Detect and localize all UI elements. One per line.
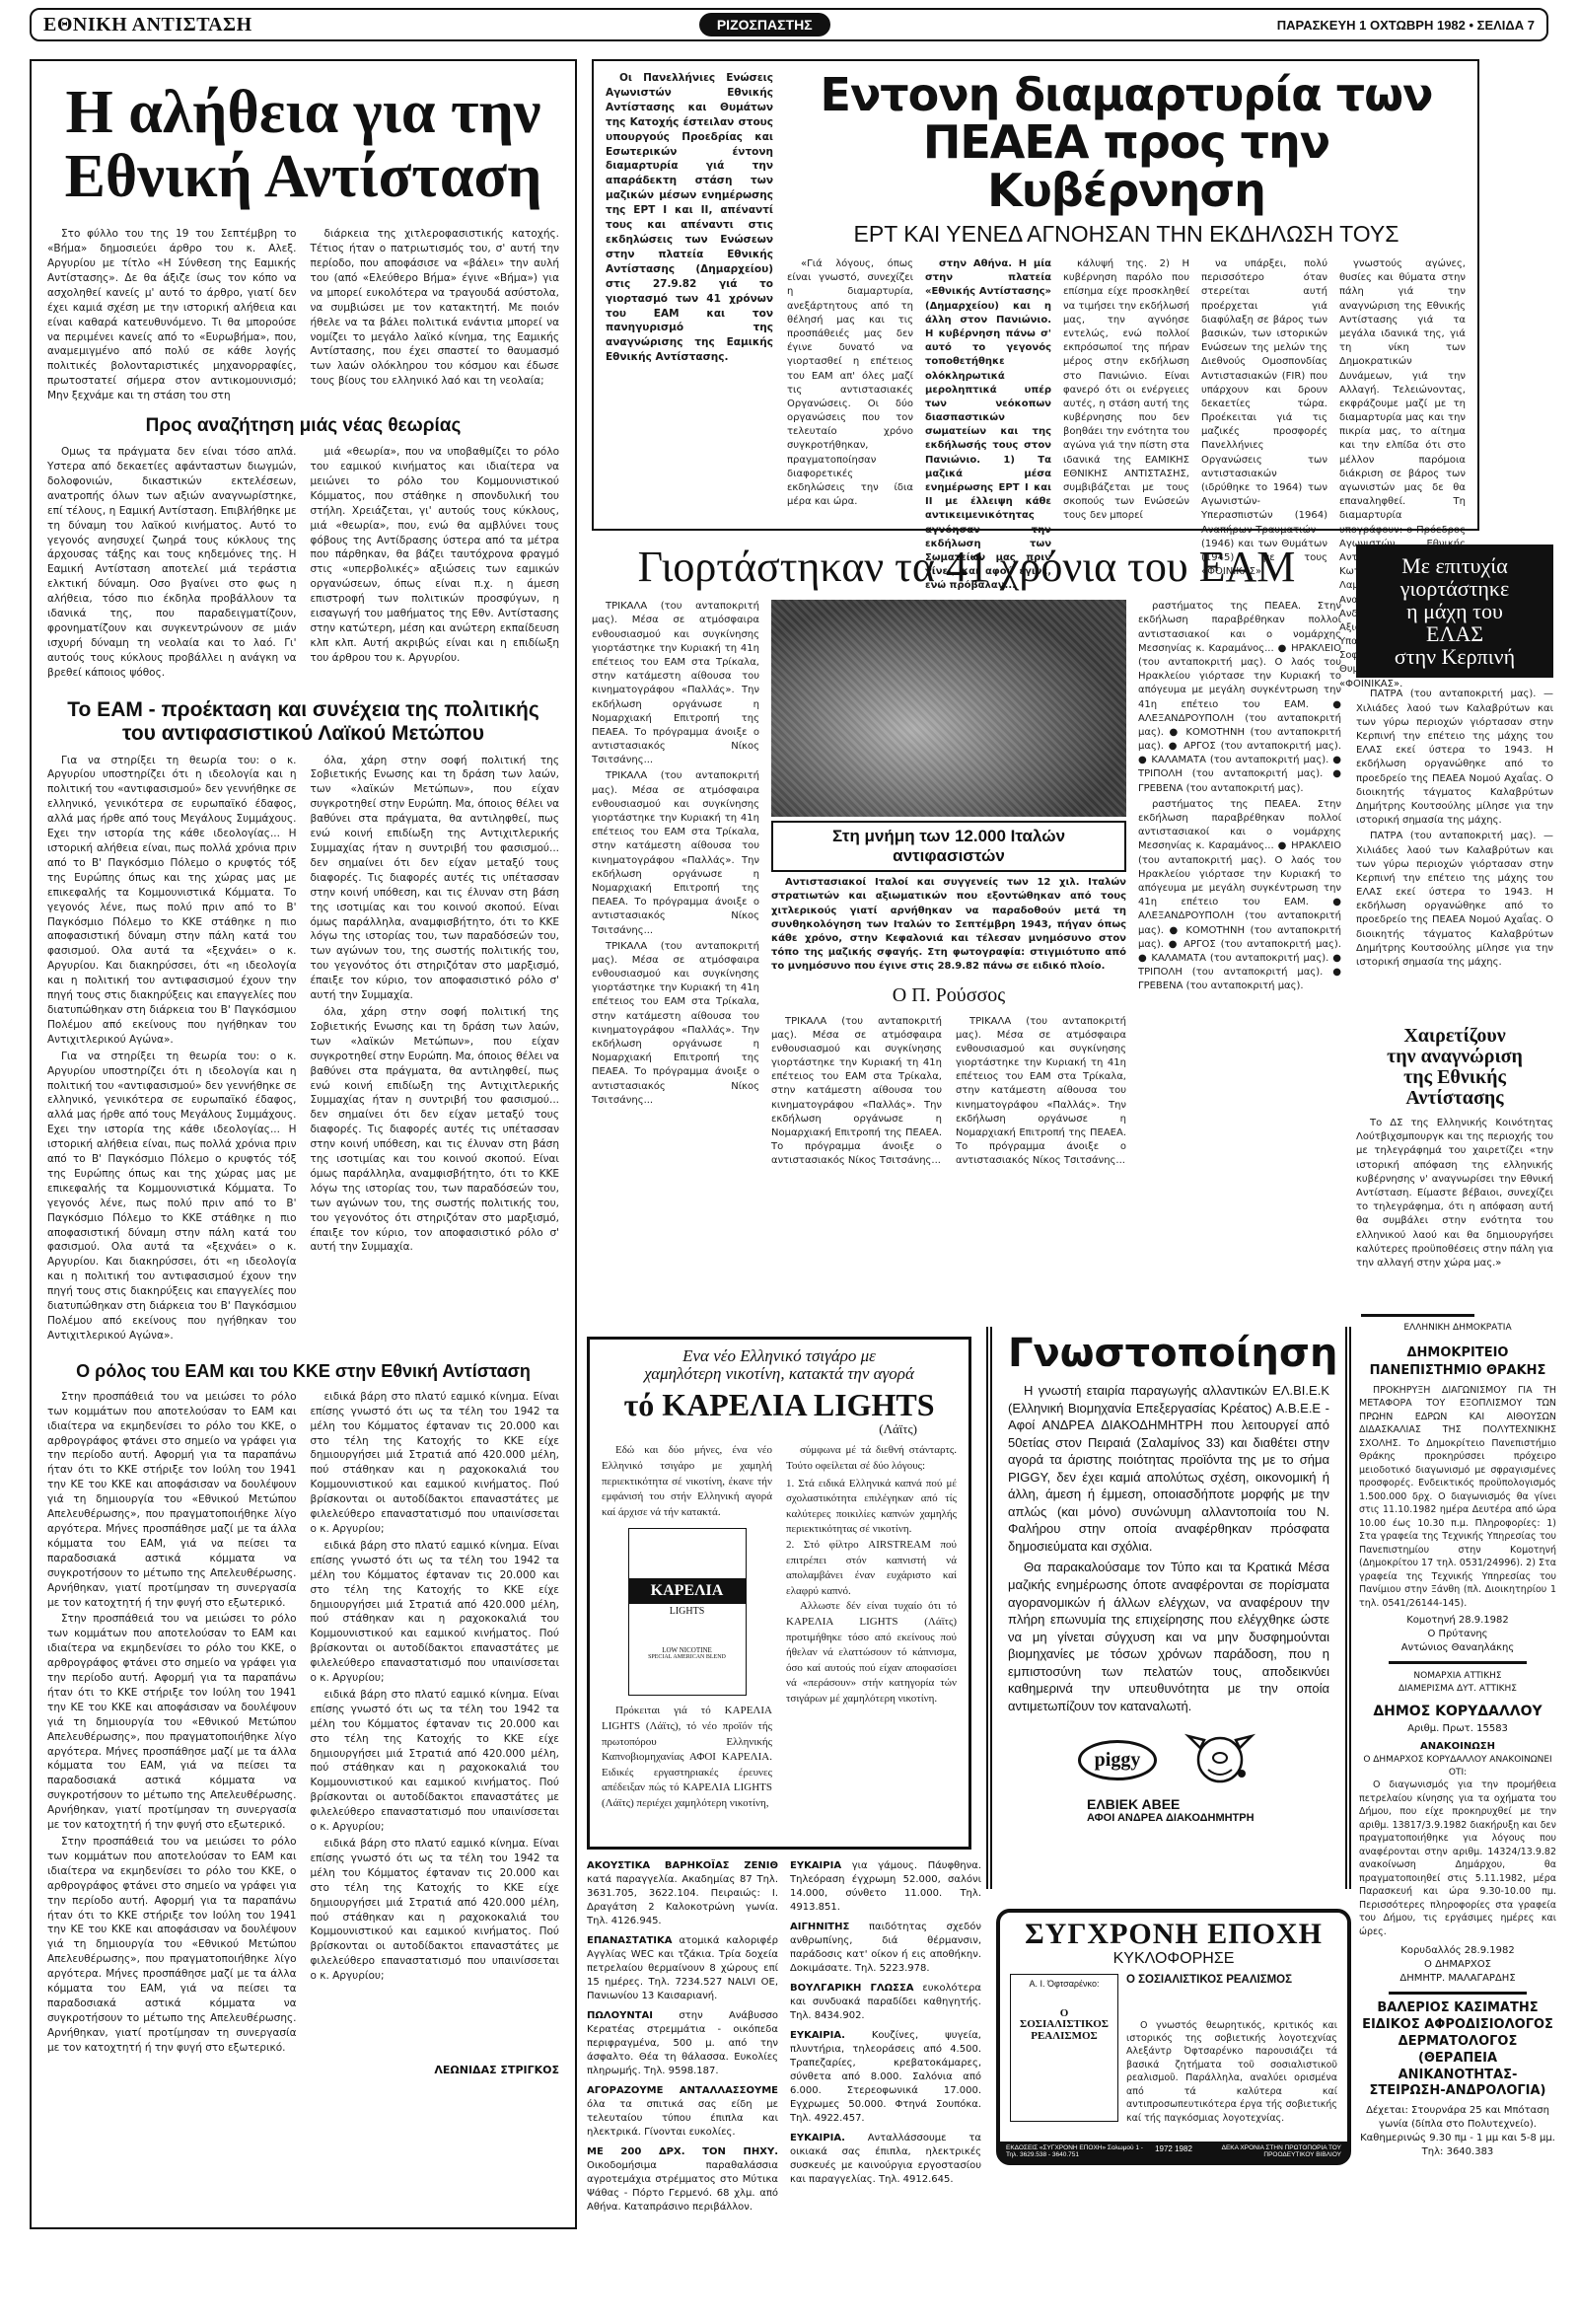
- section-title: ΕΘΝΙΚΗ ΑΝΤΙΣΤΑΣΗ: [43, 14, 252, 36]
- book-title: Ο ΣΟΣΙΑΛΙΣΤΙΚΟΣ ΡΕΑΛΙΣΜΟΣ: [1126, 1974, 1337, 1986]
- karelia-brand: τό ΚΑΡΕΛΙΑ LIGHTS: [602, 1389, 957, 1422]
- classifieds: ΑΚΟΥΣΤΙΚΑ ΒΑΡΗΚΟΪΑΣ ΖΕΝΙΘ κατά παραγγελί…: [587, 1859, 981, 2220]
- date-page: ΠΑΡΑΣΚΕΥΗ 1 ΟΧΤΩΒΡΗ 1982 • ΣΕΛΙΔΑ 7: [1277, 18, 1535, 33]
- eam-col-1: ΤΡΙΚΑΛΑ (του ανταποκριτή μας). Μέσα σε α…: [592, 600, 759, 1170]
- piggy-logo: piggy: [1078, 1740, 1158, 1780]
- intro-col-1: Στο φύλλο του της 19 του Σεπτέμβρη το «Β…: [47, 227, 297, 405]
- section2-columns: Για να στηρίξει τη θεωρία του: ο κ. Αργυ…: [47, 754, 559, 1345]
- peaea-title: Εντονη διαμαρτυρία των ΠΕΑΕΑ προς την Κυ…: [787, 71, 1466, 214]
- greeting-article: Χαιρετίζουν την αναγνώριση της Εθνικής Α…: [1356, 1026, 1553, 1233]
- section3-heading: Ο ρόλος του ΕΑΜ και του ΚΚΕ στην Εθνική …: [47, 1361, 559, 1382]
- notices-column: ΕΛΛΗΝΙΚΗ ΔΗΜΟΚΡΑΤΙΑ ΔΗΜΟΚΡΙΤΕΙΟ ΠΑΝΕΠΙΣΤ…: [1359, 1322, 1556, 2159]
- eam-title: Γιορτάστηκαν τα 41 χρόνια του ΕΑΜ: [592, 545, 1341, 590]
- intro-col-2: διάρκεια της χιτλεροφασιστικής κατοχής. …: [311, 227, 560, 405]
- piggy-ad: Γνωστοποίηση Η γνωστή εταιρία παραγωγής …: [986, 1327, 1351, 1889]
- karelia-ad: Ενα νέο Ελληνικό τσιγάρο με χαμηλότερη ν…: [587, 1337, 971, 1850]
- piggy-title: Γνωστοποίηση: [1008, 1333, 1329, 1374]
- section1-heading: Προς αναζήτηση μιάς νέας θεωρίας: [47, 415, 559, 437]
- section3-columns: Στην προσπάθειά του να μειώσει το ρόλο τ…: [47, 1390, 559, 2058]
- divider: [1389, 1661, 1527, 1664]
- roussos-subhead: Ο Π. Ρούσσος: [771, 984, 1126, 1007]
- book-cover: Α. Ι. Όφτσαρένκο: Ο ΣΟΣΙΑΛΙΣΤΙΚΟΣ ΡΕΑΛΙΣ…: [1010, 1974, 1118, 2122]
- peaea-subtitle: ΕΡΤ ΚΑΙ ΥΕΝΕΔ ΑΓΝΟΗΣΑΝ ΤΗΝ ΕΚΔΗΛΩΣΗ ΤΟΥΣ: [787, 222, 1466, 246]
- university-title: ΔΗΜΟΚΡΙΤΕΙΟ ΠΑΝΕΠΙΣΤΗΜΙΟ ΘΡΑΚΗΣ: [1359, 1344, 1556, 1380]
- doctor-ad: ΒΑΛΕΡΙΟΣ ΚΑΣΙΜΑΤΗΣ ΕΙΔΙΚΟΣ ΑΦΡΟΔΙΣΙΟΛΟΓΟ…: [1359, 2000, 1556, 2100]
- magazine-title: ΣΥΓΧΡΟΝΗ ΕΠΟΧΗ: [1010, 1919, 1337, 1950]
- book-footer: ΕΚΔΟΣΕΙΣ «ΣΥΓΧΡΟΝΗ ΕΠΟΧΗ» Σολωμού 1 - Τη…: [1000, 2142, 1347, 2161]
- eam-photo: [771, 600, 1126, 817]
- elas-text: ΠΑΤΡΑ (του ανταποκριτή μας). — Χιλιάδες …: [1356, 688, 1553, 970]
- peaea-article: Οι Πανελλήνιες Ενώσεις Αγωνιστών Εθνικής…: [592, 59, 1479, 531]
- newspaper-logo: ΡΙΖΟΣΠΑΣΤΗΣ: [699, 13, 830, 36]
- elas-title: Με επιτυχία γιορτάστηκε η μάχη του ΕΛΑΣ …: [1356, 545, 1553, 678]
- municipality-title: ΔΗΜΟΣ ΚΟΡΥΔΑΛΛΟΥ: [1359, 1703, 1556, 1722]
- book-ad: ΣΥΓΧΡΟΝΗ ΕΠΟΧΗ ΚΥΚΛΟΦΟΡΗΣΕ Α. Ι. Όφτσαρέ…: [996, 1909, 1351, 2165]
- divider: [1361, 1314, 1474, 1317]
- pig-face-icon: [1181, 1728, 1259, 1792]
- masthead: ΕΘΝΙΚΗ ΑΝΤΙΣΤΑΣΗ ΡΙΖΟΣΠΑΣΤΗΣ ΠΑΡΑΣΚΕΥΗ 1…: [30, 8, 1548, 41]
- intro-columns: Στο φύλλο του της 19 του Σεπτέμβρη το «Β…: [47, 227, 559, 405]
- section2-heading: Το ΕΑΜ - προέκταση και συνέχεια της πολι…: [47, 698, 559, 746]
- article-author: ΛΕΩΝΙΔΑΣ ΣΤΡΙΓΚΟΣ: [47, 2064, 559, 2076]
- main-article: Η αλήθεια για την Εθνική Αντίσταση Στο φ…: [30, 59, 577, 2229]
- republic-label: ΕΛΛΗΝΙΚΗ ΔΗΜΟΚΡΑΤΙΑ: [1359, 1322, 1556, 1335]
- elas-article: Με επιτυχία γιορτάστηκε η μάχη του ΕΛΑΣ …: [1356, 545, 1553, 998]
- photo-caption: Στη μνήμη των 12.000 Ιταλών αντιφασιστών: [771, 821, 1126, 872]
- eam-col-3: ραστήματος της ΠΕΑΕΑ. Στην εκδήλωση παρα…: [1138, 600, 1341, 1170]
- divider: [1389, 1992, 1527, 1995]
- section1-columns: Ομως τα πράγματα δεν είναι τόσο απλά. Υσ…: [47, 445, 559, 683]
- greeting-title: Χαιρετίζουν την αναγνώριση της Εθνικής Α…: [1356, 1026, 1553, 1109]
- cigarette-pack: ΚΑΡΕΛΙΑ LIGHTS LOW NICOTINE SPECIAL AMER…: [628, 1528, 747, 1696]
- main-article-title: Η αλήθεια για την Εθνική Αντίσταση: [47, 81, 559, 209]
- eam-article: Γιορτάστηκαν τα 41 χρόνια του ΕΑΜ ΤΡΙΚΑΛ…: [592, 545, 1341, 1324]
